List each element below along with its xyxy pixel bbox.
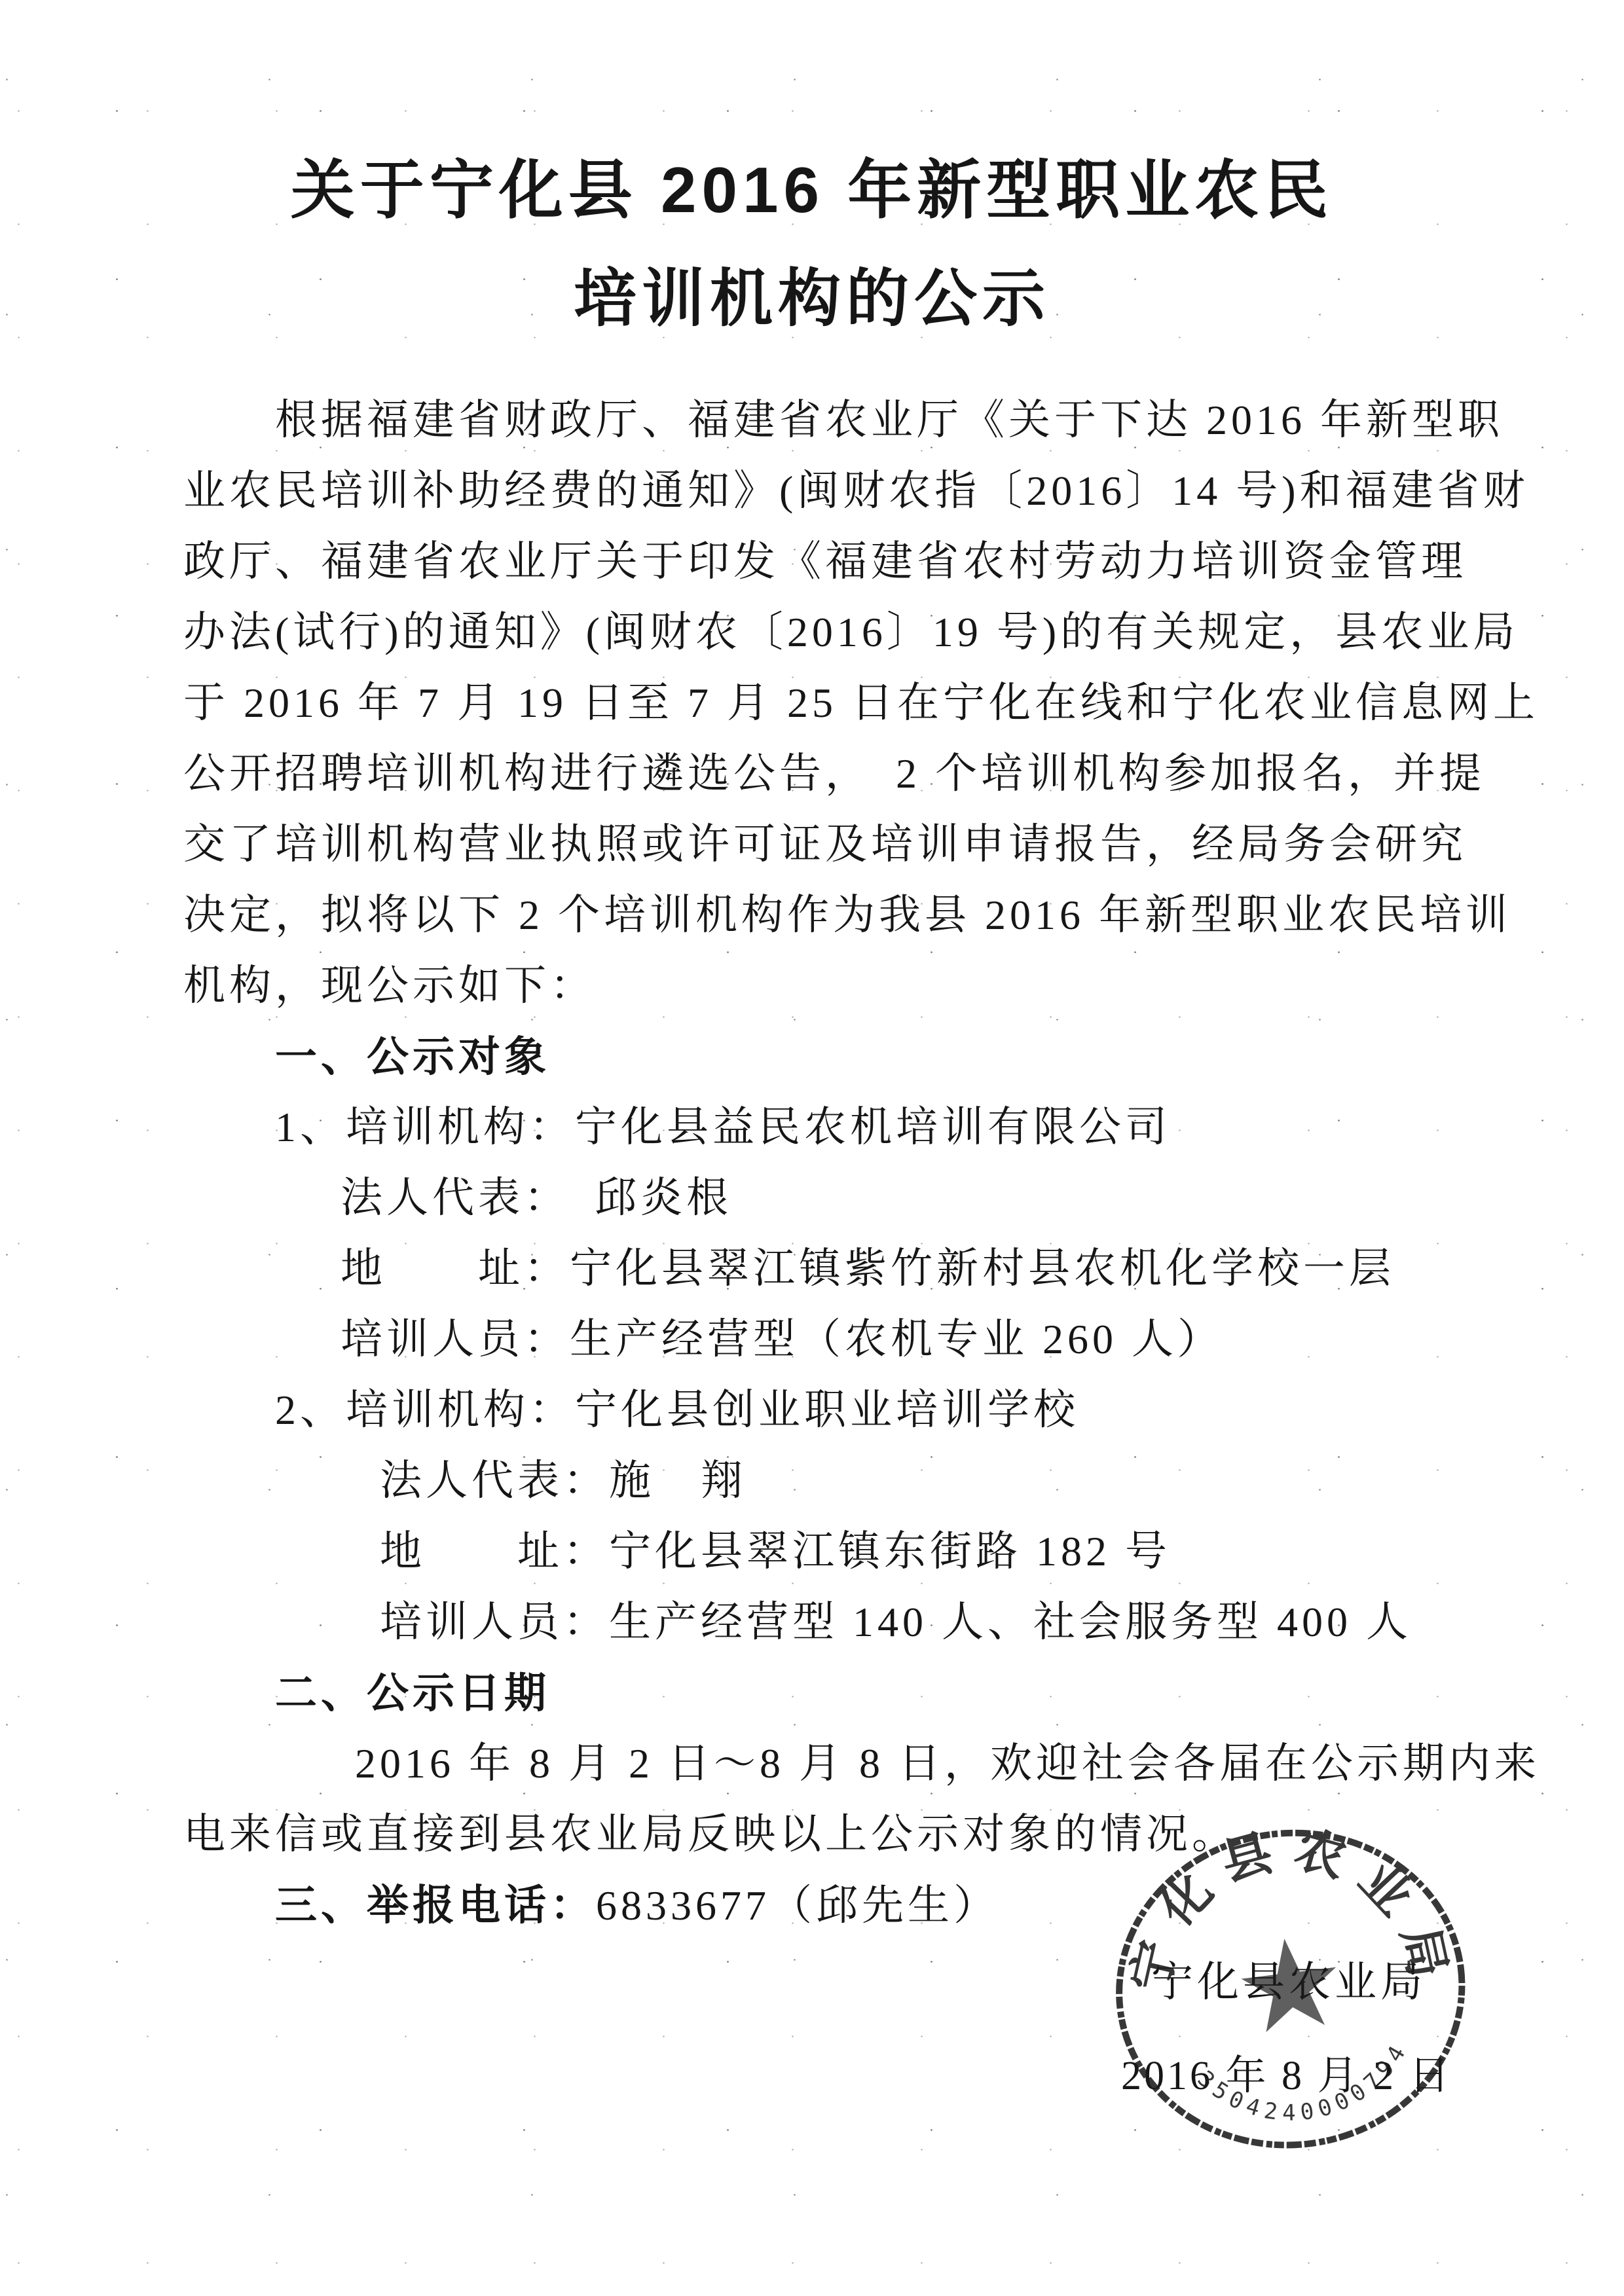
report-phone-value: 6833677（邱先生） (596, 1882, 999, 1929)
body-line: 办法(试行)的通知》(闽财农〔2016〕19 号)的有关规定，县农业局 (183, 597, 1447, 668)
document-body: 根据福建省财政厅、福建省农业厅《关于下达 2016 年新型职 业农民培训补助经费… (183, 385, 1447, 1941)
institution-1-legal-rep-line: 法人代表： 邱炎根 (183, 1163, 1447, 1233)
institution-2-legal-rep-line: 法人代表：施 翔 (183, 1446, 1447, 1516)
institution-1-name-line: 1、培训机构：宁化县益民农机培训有限公司 (183, 1092, 1447, 1163)
body-line: 于 2016 年 7 月 19 日至 7 月 25 日在宁化在线和宁化农业信息网… (183, 668, 1447, 738)
document-title-line2: 培训机构的公示 (0, 249, 1624, 338)
institution-1-address-line: 地 址：宁化县翠江镇紫竹新村县农机化学校一层 (183, 1233, 1447, 1304)
report-phone-label: 三、举报电话： (275, 1882, 596, 1929)
scanned-document-page: 关于宁化县 2016 年新型职业农民 培训机构的公示 根据福建省财政厅、福建省农… (0, 0, 1624, 2296)
document-title-line1: 关于宁化县 2016 年新型职业农民 (0, 139, 1624, 231)
star-icon: ★ (1227, 1912, 1354, 2062)
section-heading-dates: 二、公示日期 (183, 1658, 1447, 1728)
body-line: 机构，现公示如下： (183, 951, 1447, 1021)
institution-2-name-line: 2、培训机构：宁化县创业职业培训学校 (183, 1375, 1447, 1446)
body-line: 公开招聘培训机构进行遴选公告， 2 个培训机构参加报名，并提 (183, 738, 1447, 809)
body-line: 交了培训机构营业执照或许可证及培训申请报告，经局务会研究 (183, 809, 1447, 880)
body-line: 2016 年 8 月 2 日～8 月 8 日，欢迎社会各届在公示期内来 (183, 1728, 1447, 1799)
section-heading-targets: 一、公示对象 (183, 1021, 1447, 1092)
body-line: 决定，拟将以下 2 个培训机构作为我县 2016 年新型职业农民培训 (183, 880, 1447, 951)
institution-2-address-line: 地 址：宁化县翠江镇东街路 182 号 (183, 1516, 1447, 1587)
body-line: 根据福建省财政厅、福建省农业厅《关于下达 2016 年新型职 (183, 385, 1447, 456)
institution-1-trainees-line: 培训人员：生产经营型（农机专业 260 人） (183, 1304, 1447, 1375)
official-seal-stamp: 宁化县农业局 ★ 3504240000794 (1074, 1790, 1509, 2202)
institution-2-trainees-line: 培训人员：生产经营型 140 人、社会服务型 400 人 (183, 1587, 1447, 1658)
body-line: 业农民培训补助经费的通知》(闽财农指〔2016〕14 号)和福建省财 (183, 456, 1447, 526)
body-line: 政厅、福建省农业厅关于印发《福建省农村劳动力培训资金管理 (183, 526, 1447, 597)
